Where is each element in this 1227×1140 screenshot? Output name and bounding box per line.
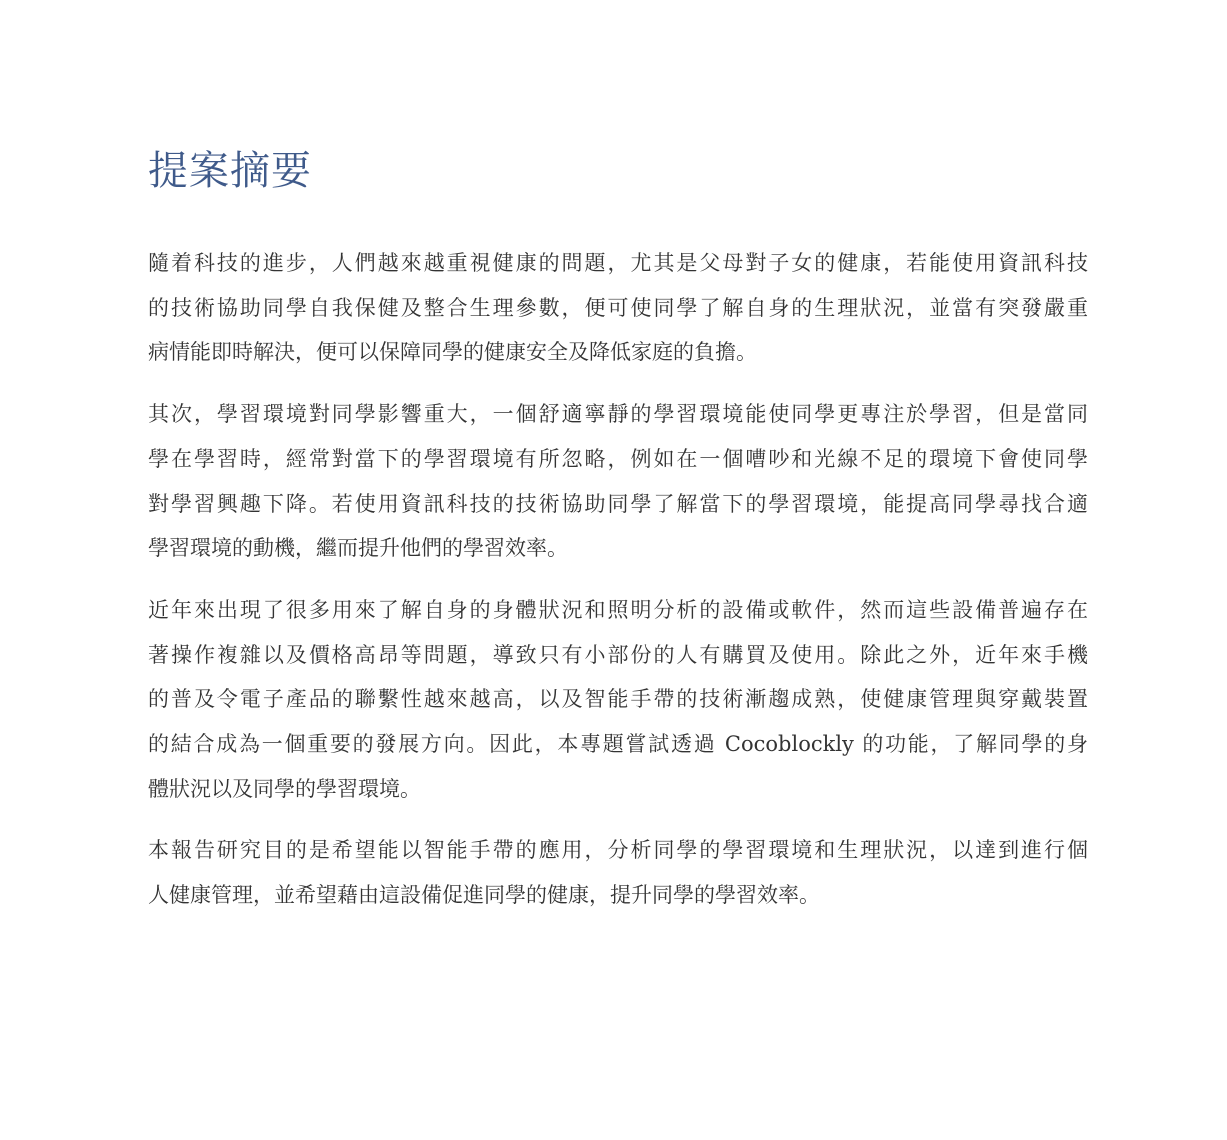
paragraph-4: 本報告研究目的是希望能以智能手帶的應用，分析同學的學習環境和生理狀況，以達到進行… (148, 828, 1088, 917)
text-line: 體狀況以及同學的學習環境。 (148, 767, 1088, 812)
text-line: 的技術協助同學自我保健及整合生理參數，便可使同學了解自身的生理狀況，並當有突發嚴… (148, 286, 1088, 331)
text-line: 其次，學習環境對同學影響重大，一個舒適寧靜的學習環境能使同學更專注於學習，但是當… (148, 392, 1088, 437)
text-line: 著操作複雜以及價格高昂等問題，導致只有小部份的人有購買及使用。除此之外，近年來手… (148, 633, 1088, 678)
text-line: 學在學習時，經常對當下的學習環境有所忽略，例如在一個嘈吵和光線不足的環境下會使同… (148, 437, 1088, 482)
text-line: 隨着科技的進步，人們越來越重視健康的問題，尤其是父母對子女的健康，若能使用資訊科… (148, 241, 1088, 286)
text-line: 的結合成為一個重要的發展方向。因此，本專題嘗試透過 Cocoblockly 的功… (148, 722, 1088, 767)
text-line: 人健康管理，並希望藉由這設備促進同學的健康，提升同學的學習效率。 (148, 873, 1088, 918)
paragraph-3: 近年來出現了很多用來了解自身的身體狀況和照明分析的設備或軟件，然而這些設備普遍存… (148, 588, 1088, 812)
text-line: 學習環境的動機，繼而提升他們的學習效率。 (148, 526, 1088, 571)
paragraph-1: 隨着科技的進步，人們越來越重視健康的問題，尤其是父母對子女的健康，若能使用資訊科… (148, 241, 1088, 375)
text-line: 近年來出現了很多用來了解自身的身體狀況和照明分析的設備或軟件，然而這些設備普遍存… (148, 588, 1088, 633)
summary-body: 隨着科技的進步，人們越來越重視健康的問題，尤其是父母對子女的健康，若能使用資訊科… (148, 241, 1088, 935)
page-title: 提案摘要 (148, 146, 312, 196)
text-line: 本報告研究目的是希望能以智能手帶的應用，分析同學的學習環境和生理狀況，以達到進行… (148, 828, 1088, 873)
text-line: 病情能即時解決，便可以保障同學的健康安全及降低家庭的負擔。 (148, 330, 1088, 375)
paragraph-2: 其次，學習環境對同學影響重大，一個舒適寧靜的學習環境能使同學更專注於學習，但是當… (148, 392, 1088, 571)
text-line: 對學習興趣下降。若使用資訊科技的技術協助同學了解當下的學習環境，能提高同學尋找合… (148, 482, 1088, 527)
text-line: 的普及令電子產品的聯繫性越來越高，以及智能手帶的技術漸趨成熟，使健康管理與穿戴裝… (148, 677, 1088, 722)
